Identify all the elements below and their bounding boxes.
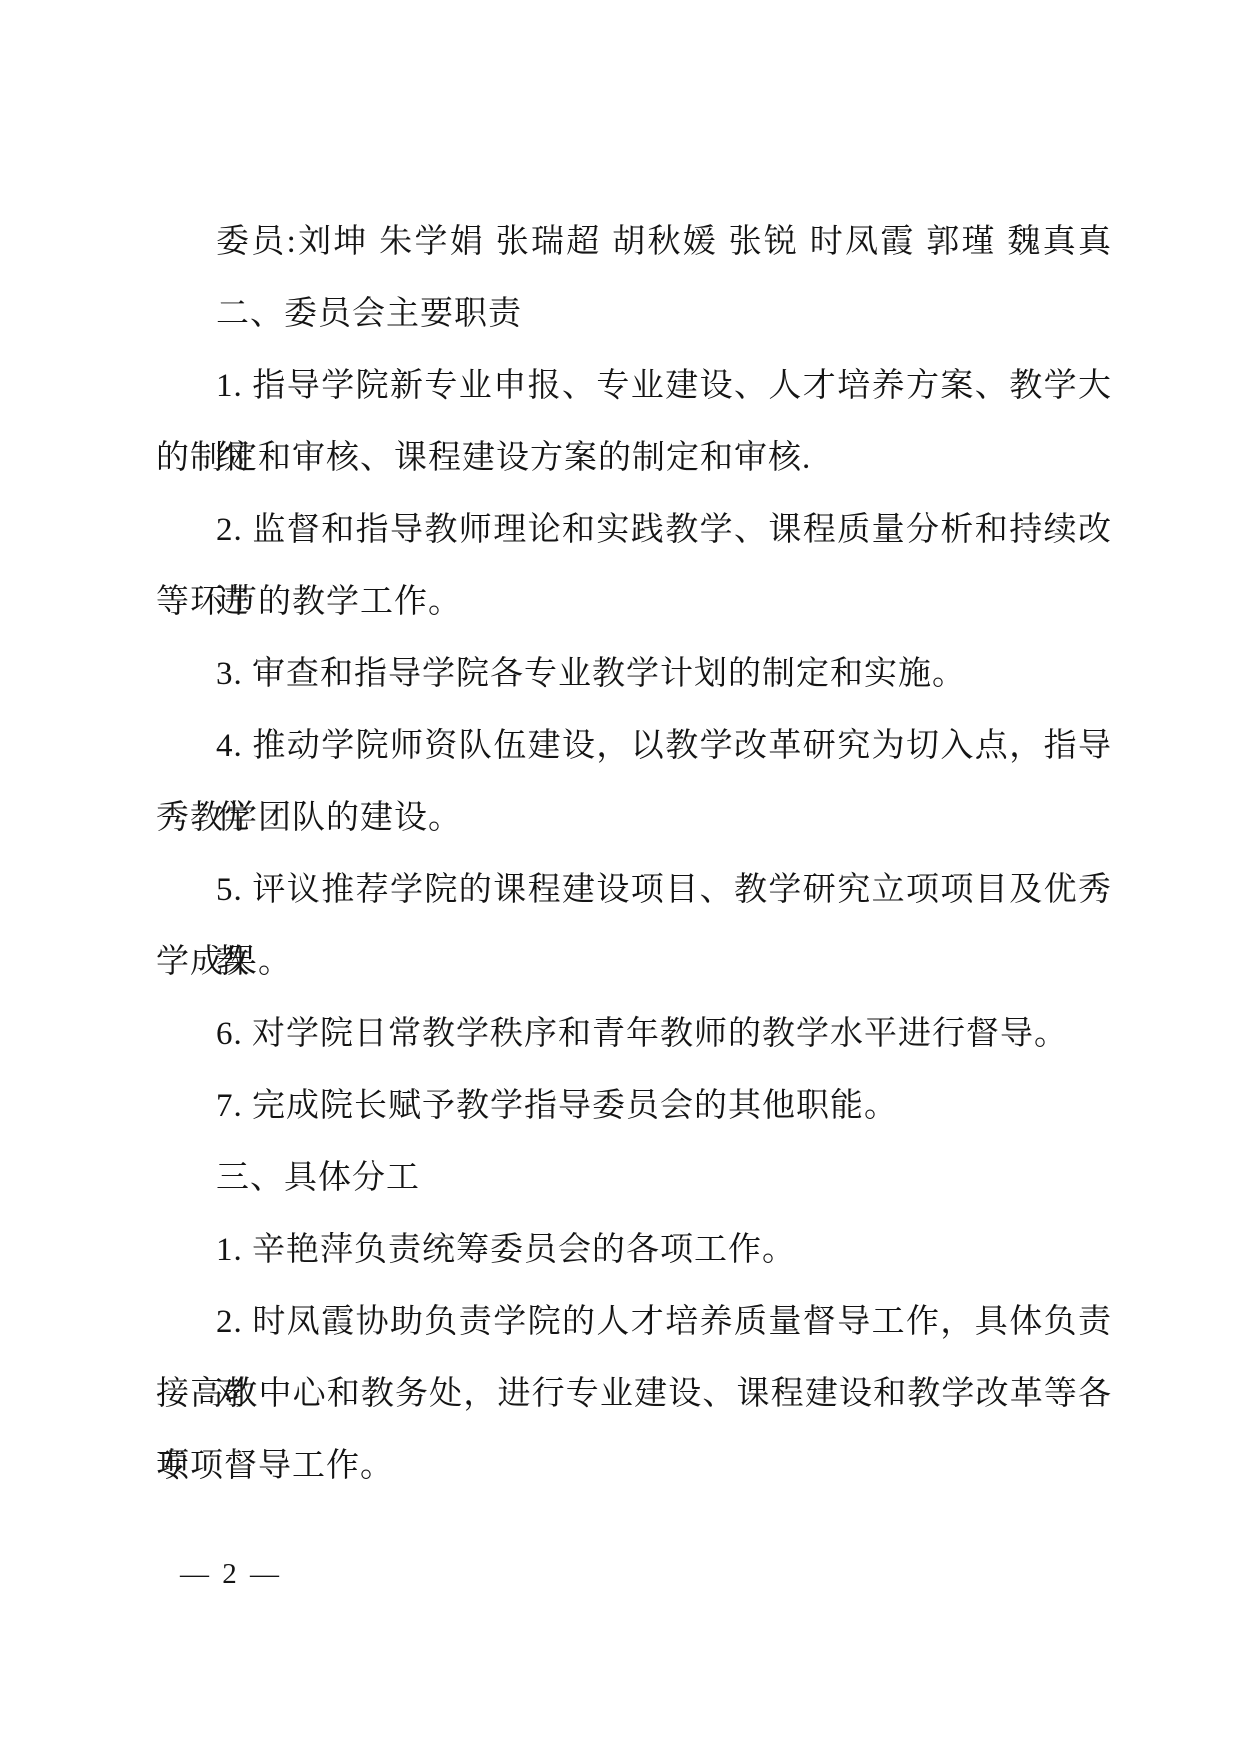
text-line-section3-heading: 三、具体分工: [156, 1142, 1112, 1214]
text-line-duty4-a: 4. 推动学院师资队伍建设，以教学改革研究为切入点，指导优: [156, 710, 1112, 782]
text-line-assignment1: 1. 辛艳萍负责统筹委员会的各项工作。: [156, 1214, 1112, 1286]
text-line-section2-heading: 二、委员会主要职责: [156, 278, 1112, 350]
text-line-duty5-b: 学成果。: [156, 926, 1112, 998]
page-number: — 2 —: [180, 1558, 282, 1591]
text-line-assignment2-b: 接高教中心和教务处，进行专业建设、课程建设和教学改革等各项: [156, 1358, 1112, 1430]
text-line-duty7: 7. 完成院长赋予教学指导委员会的其他职能。: [156, 1070, 1112, 1142]
document-page: 委员:刘坤 朱学娟 张瑞超 胡秋媛 张锐 时凤霞 郭瑾 魏真真 二、委员会主要职…: [0, 0, 1240, 1754]
text-line-members: 委员:刘坤 朱学娟 张瑞超 胡秋媛 张锐 时凤霞 郭瑾 魏真真: [156, 206, 1112, 278]
text-line-duty1-a: 1. 指导学院新专业申报、专业建设、人才培养方案、教学大纲: [156, 350, 1112, 422]
text-line-duty2-a: 2. 监督和指导教师理论和实践教学、课程质量分析和持续改进: [156, 494, 1112, 566]
text-line-duty1-b: 的制定和审核、课程建设方案的制定和审核.: [156, 422, 1112, 494]
text-line-assignment2-c: 专项督导工作。: [156, 1430, 1112, 1502]
text-line-duty5-a: 5. 评议推荐学院的课程建设项目、教学研究立项项目及优秀教: [156, 854, 1112, 926]
text-line-duty2-b: 等环节的教学工作。: [156, 566, 1112, 638]
text-line-assignment2-a: 2. 时凤霞协助负责学院的人才培养质量督导工作，具体负责对: [156, 1286, 1112, 1358]
text-line-duty6: 6. 对学院日常教学秩序和青年教师的教学水平进行督导。: [156, 998, 1112, 1070]
text-line-duty3: 3. 审查和指导学院各专业教学计划的制定和实施。: [156, 638, 1112, 710]
document-body: 委员:刘坤 朱学娟 张瑞超 胡秋媛 张锐 时凤霞 郭瑾 魏真真 二、委员会主要职…: [156, 206, 1112, 1502]
text-line-duty4-b: 秀教学团队的建设。: [156, 782, 1112, 854]
